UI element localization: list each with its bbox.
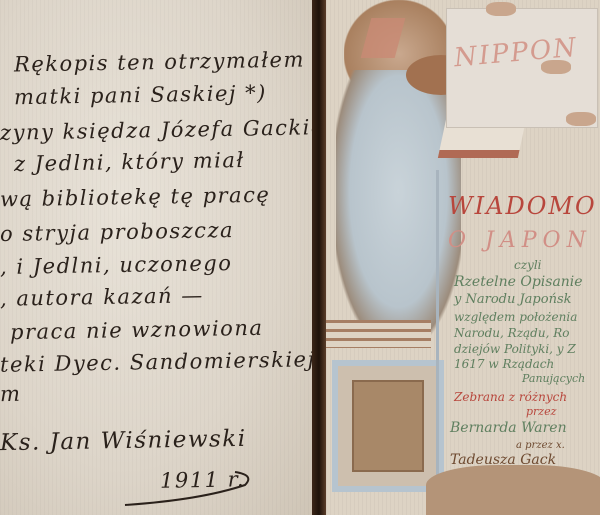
handwritten-line: teki Dyec. Sandomierskiej	[0, 347, 316, 377]
signature: Ks. Jan Wiśniewski	[0, 426, 247, 456]
signature-flourish	[120, 470, 260, 510]
handwritten-line: zyny księdza Józefa Gackie	[0, 115, 325, 145]
title-line: Bernarda Waren	[450, 420, 567, 436]
hand	[566, 112, 596, 126]
handwritten-line: matki pani Saskiej *)	[14, 81, 267, 109]
title-line: y Narodu Japońsk	[454, 292, 572, 307]
handwritten-line: z Jedlni, który miał	[14, 148, 245, 176]
title-line: Zebrana z różnych	[454, 390, 567, 404]
manuscript-photo: Rękopis ten otrzymałem matki pani Saskie…	[0, 0, 600, 515]
title-line: przez	[526, 405, 556, 418]
hand	[541, 60, 571, 74]
title-line: względem położenia	[454, 310, 577, 324]
illustrated-title-page: NIPPON WIADOMO O JAPON czyli Rzetelne Op…	[326, 0, 600, 515]
hand	[486, 2, 516, 16]
book-spine	[312, 0, 326, 515]
handwritten-line: , i Jedlni, uczonego	[0, 251, 233, 279]
pedestal-moulding	[326, 320, 431, 348]
title-line: a przez x.	[516, 440, 565, 451]
title-line: Narodu, Rządu, Ro	[454, 326, 569, 340]
title-line: Panujących	[522, 372, 585, 385]
handwritten-line: m	[0, 382, 22, 406]
handwritten-line: o stryja proboszcza	[0, 218, 234, 246]
title-line: WIADOMO	[448, 192, 597, 220]
cartouche-scroll	[426, 465, 600, 515]
handwritten-line: Rękopis ten otrzymałem	[14, 47, 305, 76]
handwritten-page: Rękopis ten otrzymałem matki pani Saskie…	[0, 0, 312, 515]
title-line: 1617 w Rządach	[454, 357, 554, 371]
handwritten-line: praca nie wznowiona	[10, 316, 264, 344]
title-line: czyli	[514, 258, 542, 272]
decorative-panel	[332, 360, 444, 492]
title-line: Rzetelne Opisanie	[454, 274, 583, 290]
title-line: dziejów Polityki, y Z	[454, 342, 576, 356]
handwritten-line: , autora kazań —	[0, 283, 204, 311]
handwritten-line: wą bibliotekę tę pracę	[0, 183, 270, 212]
title-line: O JAPON	[448, 228, 592, 253]
